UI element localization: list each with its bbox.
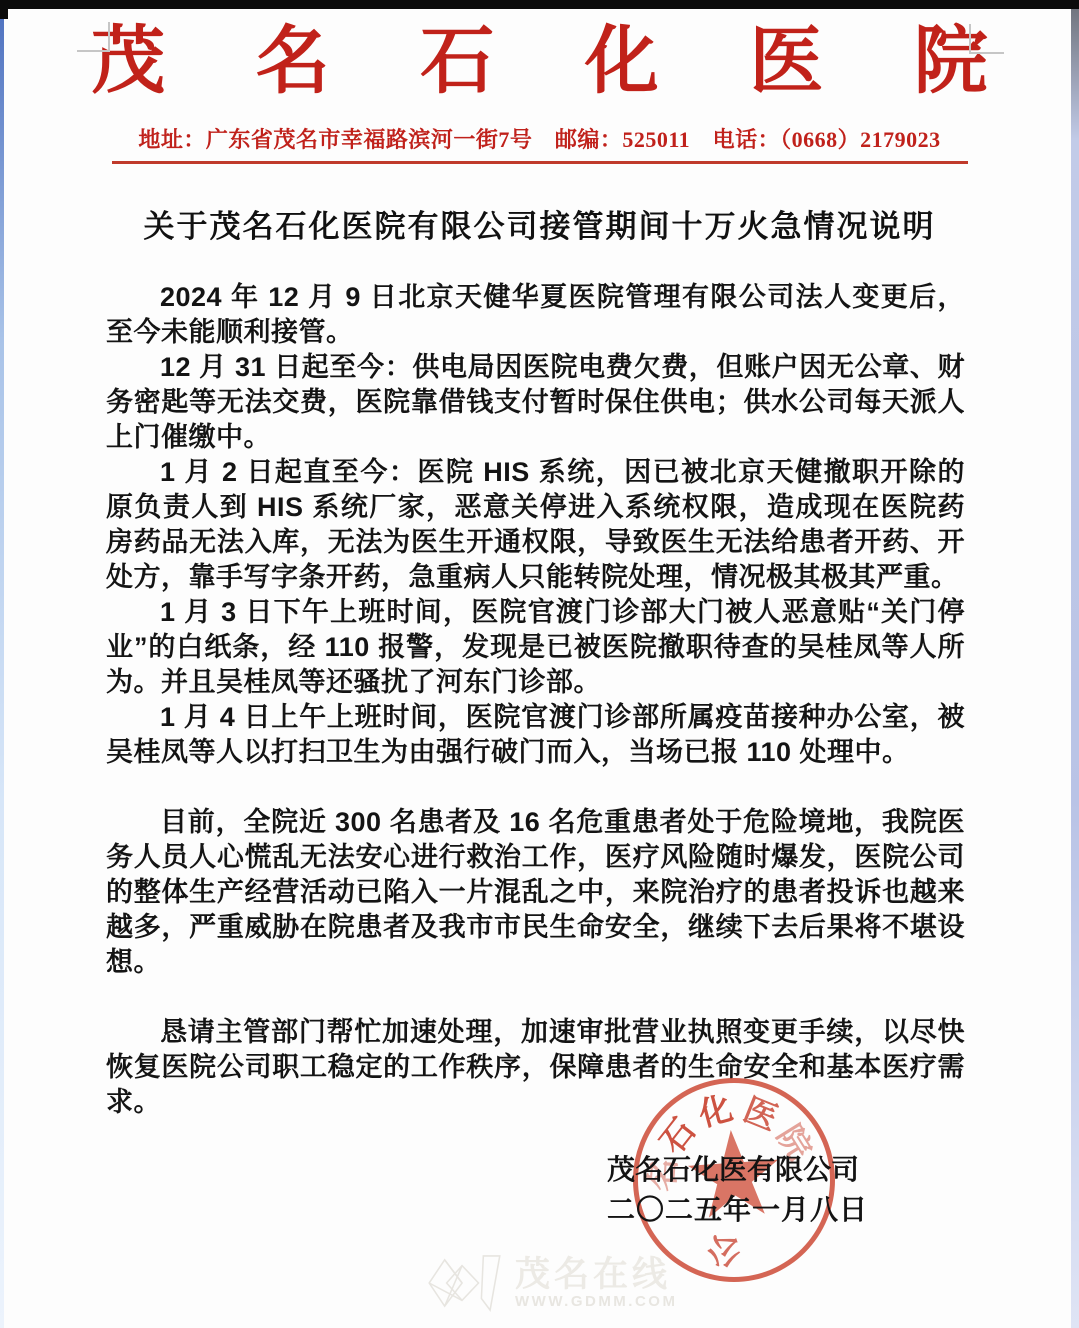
signature-date: 二〇二五年一月八日	[607, 1188, 868, 1228]
margin-crop-mark-right	[969, 24, 1004, 54]
paragraph: 1 月 3 日下午上班时间，医院官渡门诊部大门被人恶意贴“关门停业”的白纸条，经…	[106, 595, 965, 700]
paragraph: 2024 年 12 月 9 日北京天健华夏医院管理有限公司法人变更后，至今未能顺…	[106, 280, 965, 350]
document-title: 关于茂名石化医院有限公司接管期间十万火急情况说明	[0, 210, 1079, 244]
page-right-edge	[1071, 9, 1079, 1328]
watermark-logo-icon	[425, 1254, 503, 1312]
watermark-url: WWW.GDMM.COM	[515, 1293, 677, 1310]
document-body: 关于茂名石化医院有限公司接管期间十万火急情况说明 2024 年 12 月 9 日…	[0, 210, 1079, 1120]
document-page: 茂 名 石 化 医 院 地址：广东省茂名市幸福路滨河一街7号 邮编：525011…	[0, 0, 1079, 1328]
screenshot-top-bar	[0, 0, 1079, 9]
letterhead: 茂 名 石 化 医 院 地址：广东省茂名市幸福路滨河一街7号 邮编：525011…	[0, 23, 1079, 164]
watermark-site-name: 茂名在线	[515, 1257, 677, 1293]
paragraph: 1 月 4 日上午上班时间，医院官渡门诊部所属疫苗接种办公室，被吴桂凤等人以打扫…	[106, 700, 965, 770]
paragraph: 目前，全院近 300 名患者及 16 名危重患者处于危险境地，我院医务人员人心慌…	[106, 805, 965, 980]
paragraph: 1 月 2 日起直至今：医院 HIS 系统，因已被北京天健撤职开除的原负责人到 …	[106, 455, 965, 595]
margin-crop-mark-left	[77, 22, 110, 52]
letterhead-divider	[112, 161, 968, 164]
signature-company: 茂名石化医有限公司	[607, 1148, 859, 1188]
site-watermark: 茂名在线 WWW.GDMM.COM	[425, 1254, 677, 1312]
body-text: 2024 年 12 月 9 日北京天健华夏医院管理有限公司法人变更后，至今未能顺…	[106, 280, 965, 1120]
watermark-text-block: 茂名在线 WWW.GDMM.COM	[515, 1257, 677, 1310]
paragraph: 12 月 31 日起至今：供电局因医院电费欠费，但账户因无公章、财务密匙等无法交…	[106, 350, 965, 455]
hospital-name: 茂 名 石 化 医 院	[0, 23, 1079, 101]
paragraph: 恳请主管部门帮忙加速处理，加速审批营业执照变更手续，以尽快恢复医院公司职工稳定的…	[106, 1015, 965, 1120]
screenshot-corner-notch	[0, 0, 8, 19]
seal-arc-character: 公	[704, 1229, 745, 1270]
page-left-edge	[0, 9, 4, 1328]
address-line: 地址：广东省茂名市幸福路滨河一街7号 邮编：525011 电话：（0668）21…	[0, 127, 1079, 152]
